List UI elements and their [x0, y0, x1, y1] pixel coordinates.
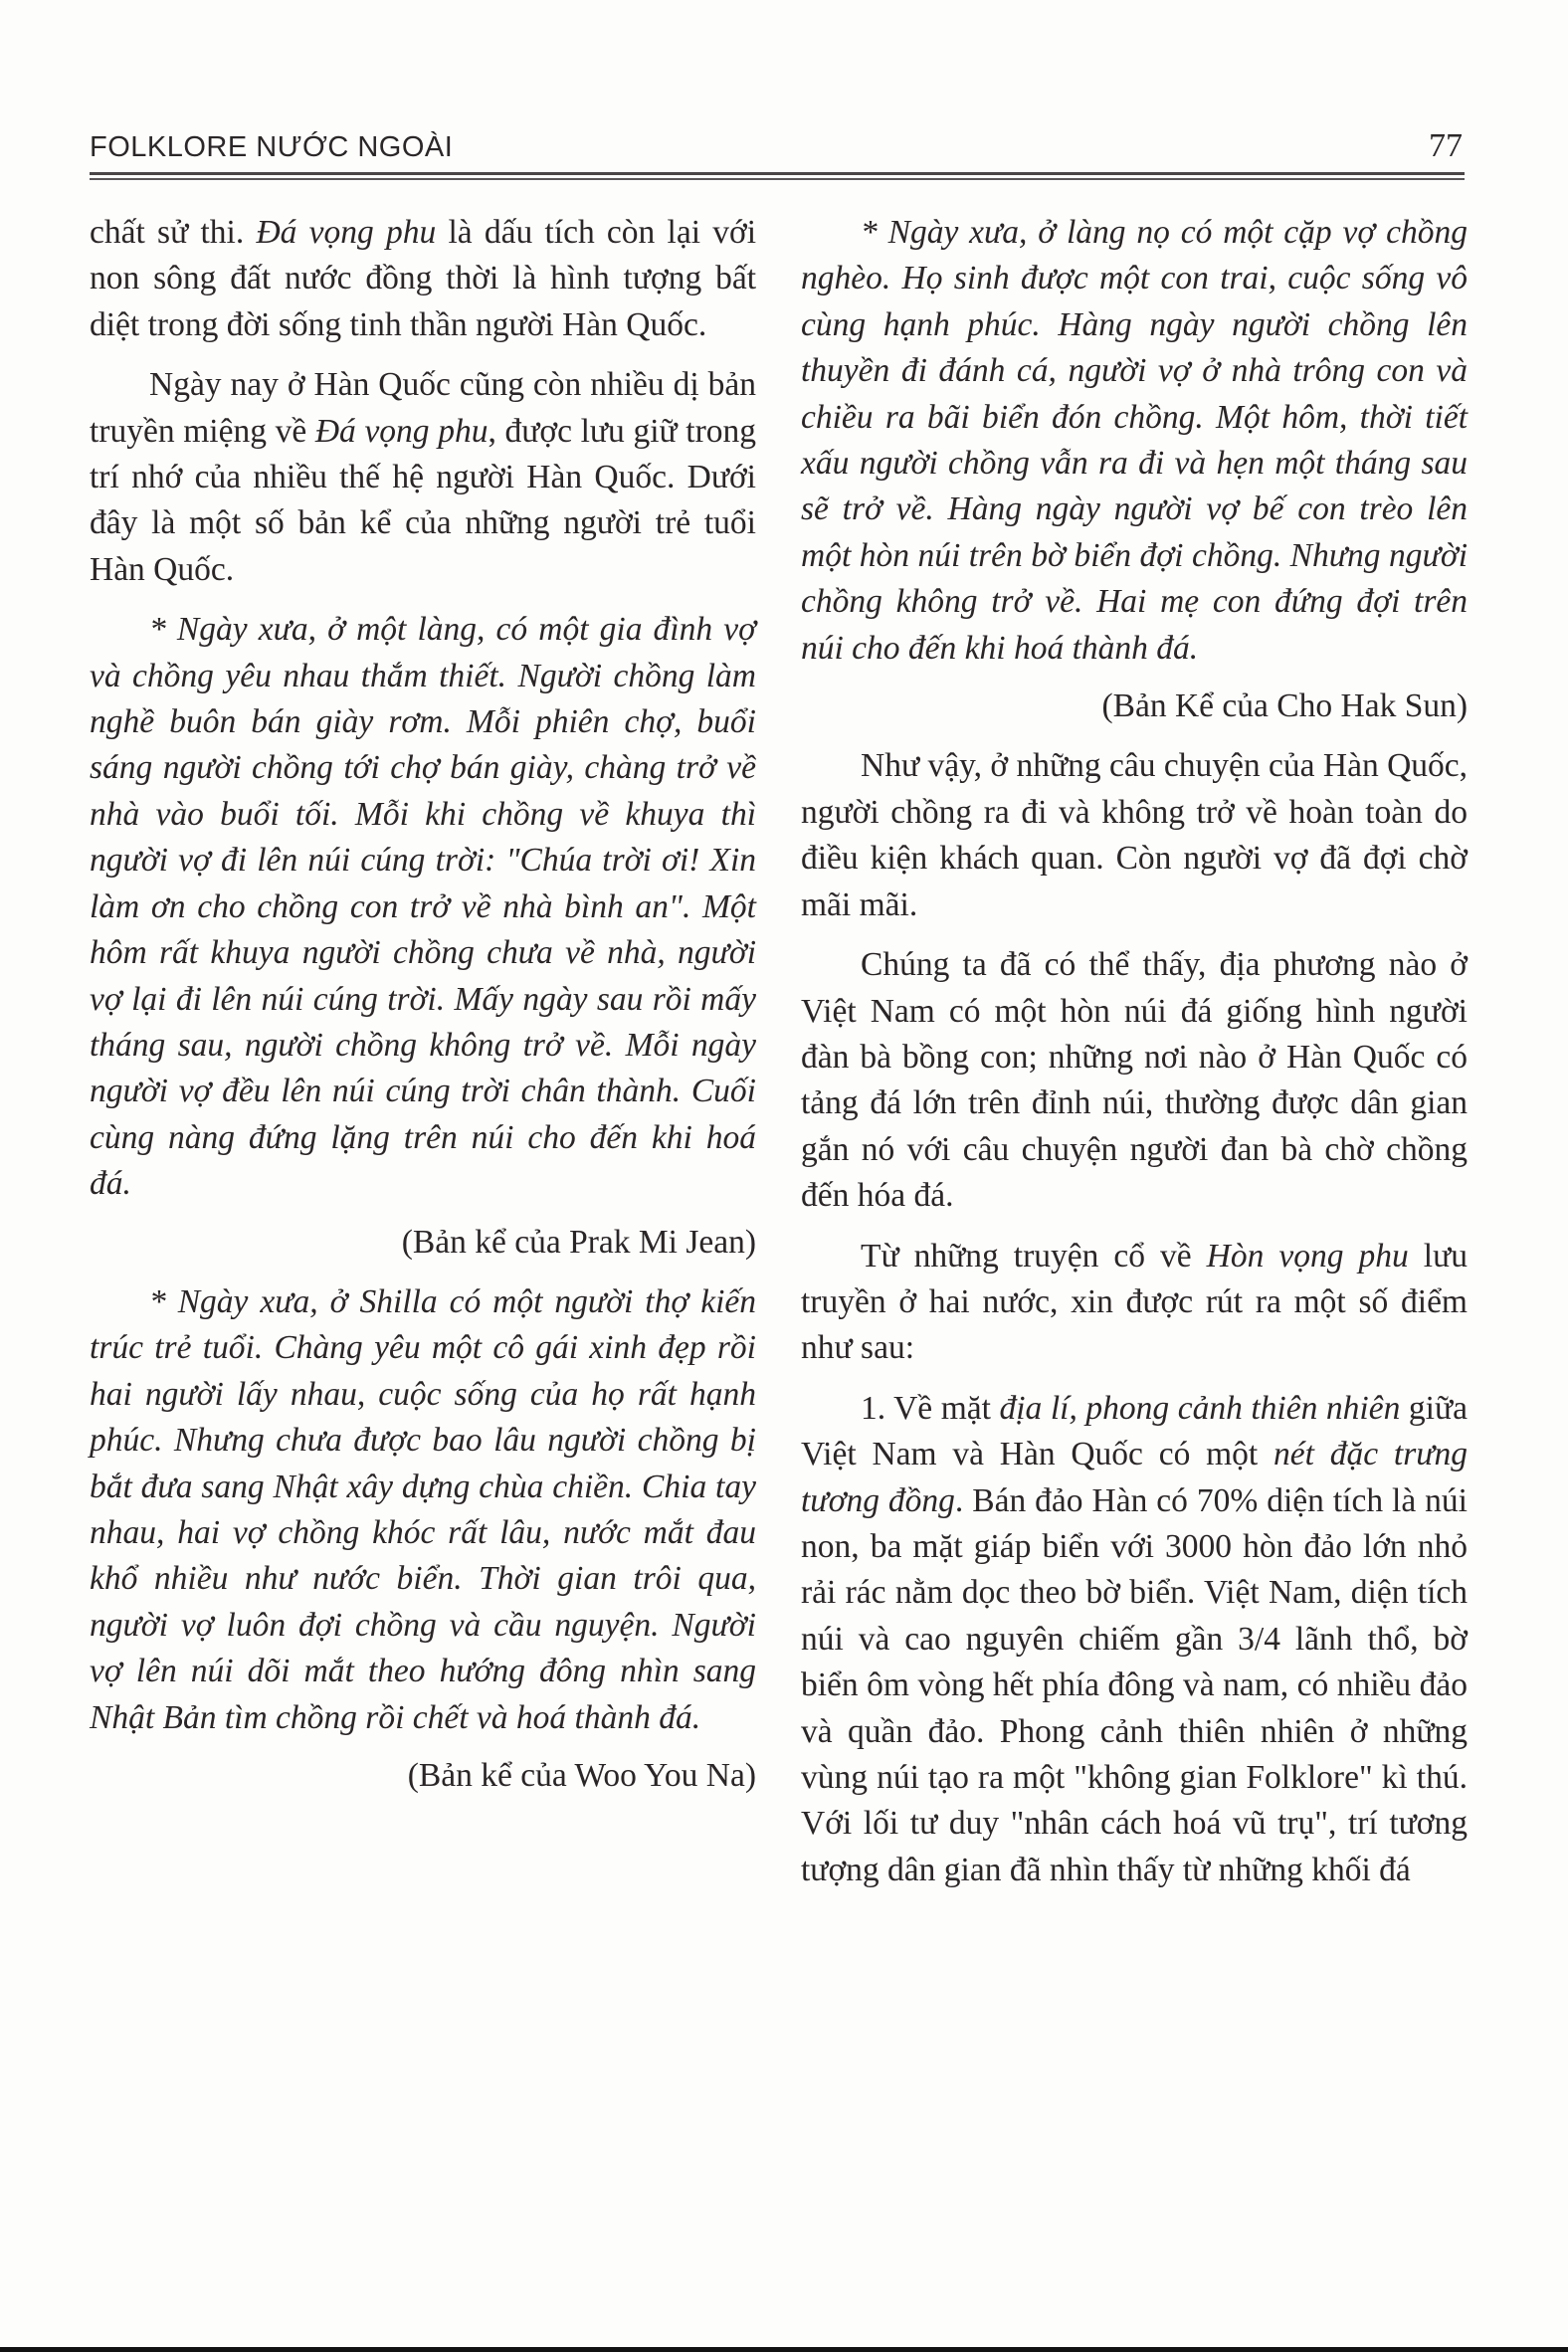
paragraph-continuation: chất sử thi. Đá vọng phu là dấu tích còn…: [90, 210, 756, 348]
text-run: 1. Về mặt: [861, 1390, 999, 1427]
text-run: chất sử thi.: [90, 214, 256, 251]
rule-thick-line: [90, 172, 1465, 175]
scan-bottom-edge: [0, 2347, 1568, 2352]
italic-term: địa lí, phong cảnh thiên nhiên: [999, 1390, 1400, 1427]
text-run: . Bán đảo Hàn có 70% diện tích là núi no…: [801, 1482, 1468, 1888]
story-woo-you-na: * Ngày xưa, ở Shilla có một người thợ ki…: [90, 1279, 756, 1741]
paragraph-conclusions-intro: Từ những truyện cổ về Hòn vọng phu lưu t…: [801, 1234, 1468, 1372]
paragraph-comparison: Chúng ta đã có thể thấy, địa phương nào …: [801, 942, 1468, 1219]
attribution-prak-mi-jean: (Bản kể của Prak Mi Jean): [90, 1220, 756, 1266]
right-column: * Ngày xưa, ở làng nọ có một cặp vợ chồn…: [801, 210, 1468, 1893]
running-title: FOLKLORE NƯỚC NGOÀI: [90, 131, 453, 164]
italic-term: Đá vọng phu: [256, 214, 436, 251]
left-column: chất sử thi. Đá vọng phu là dấu tích còn…: [90, 210, 756, 1799]
paragraph-point-1: 1. Về mặt địa lí, phong cảnh thiên nhiên…: [801, 1386, 1468, 1893]
paragraph-summary: Như vậy, ở những câu chuyện của Hàn Quốc…: [801, 743, 1468, 928]
italic-term: Đá vọng phu: [315, 413, 489, 450]
attribution-cho-hak-sun: (Bản Kể của Cho Hak Sun): [801, 684, 1468, 729]
attribution-woo-you-na: (Bản kể của Woo You Na): [90, 1753, 756, 1799]
story-cho-hak-sun: * Ngày xưa, ở làng nọ có một cặp vợ chồn…: [801, 210, 1468, 672]
italic-term: Hòn vọng phu: [1207, 1238, 1409, 1274]
header-double-rule: [90, 172, 1465, 181]
rule-thin-line: [90, 178, 1465, 180]
page-header: FOLKLORE NƯỚC NGOÀI 77: [90, 127, 1465, 167]
text-run: Từ những truyện cổ về: [861, 1238, 1207, 1274]
page-number: 77: [1429, 127, 1463, 165]
paragraph-intro-versions: Ngày nay ở Hàn Quốc cũng còn nhiều dị bả…: [90, 362, 756, 593]
story-prak-mi-jean: * Ngày xưa, ở một làng, có một gia đình …: [90, 607, 756, 1207]
